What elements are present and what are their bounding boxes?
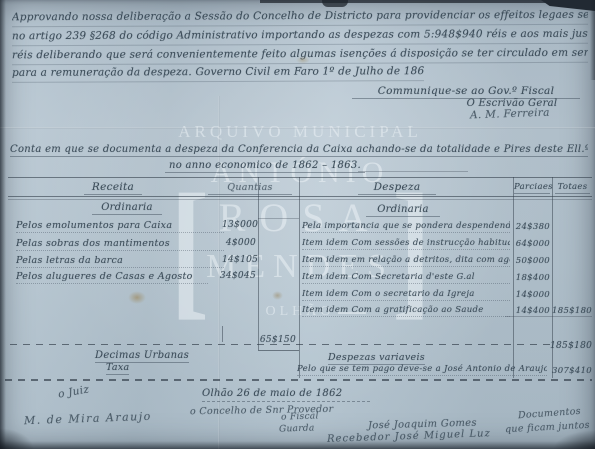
taxa-label: Taxa bbox=[106, 362, 129, 375]
table-header-rule bbox=[8, 196, 592, 197]
receita-total-value: 65$150 bbox=[258, 335, 296, 345]
approval-signature: A. M. Ferreira bbox=[470, 107, 550, 122]
approval-line: Communique-se ao Gov.º Fiscal bbox=[352, 85, 580, 99]
despeza-row-total: 185$180 bbox=[552, 306, 592, 316]
receita-row-desc: Pelos emolumentos para Caixa bbox=[16, 220, 224, 233]
edge-shadow-bottom-left-corner bbox=[0, 428, 34, 449]
receita-total-underline bbox=[258, 350, 299, 351]
receita-row-value: 4$000 bbox=[222, 238, 256, 248]
despeza-row-desc: Item idem Com Secretaria d'este G.al bbox=[302, 272, 510, 284]
despeza-row-parcial: 64$000 bbox=[514, 239, 550, 249]
paragraph-line-2: no artigo 239 §268 do código Administrat… bbox=[12, 28, 588, 47]
edge-shadow-left bbox=[0, 0, 6, 449]
table-vertical-rule-2 bbox=[299, 177, 300, 378]
despeza-row-desc: Item idem Com o secretario da Igreja bbox=[302, 289, 510, 301]
paper-stain bbox=[128, 291, 146, 304]
place-date-line: Olhão 26 de maio de 1862 bbox=[202, 388, 370, 402]
table-bottom-rule bbox=[5, 379, 592, 381]
receita-row-desc: Pelas sobras dos mantimentos bbox=[16, 238, 224, 251]
edge-smudge-top bbox=[322, 0, 348, 7]
despeza-row-parcial: 24$380 bbox=[514, 222, 550, 232]
paragraph-line-3: réis deliberando que será convenientemen… bbox=[12, 47, 588, 66]
despeza-section-label: Ordinaria bbox=[366, 204, 440, 217]
despeza-row-desc: Item idem Com sessões de instrucção habi… bbox=[302, 238, 510, 250]
manuscript-page: ARQUIVO MUNICIPAL ANTÓNIO ROSA MENDES OL… bbox=[0, 0, 595, 449]
paragraph-line-4: para a remuneração da despeza. Governo C… bbox=[12, 65, 424, 83]
despeza-total-value: 185$180 bbox=[550, 341, 592, 351]
receita-row-desc: Pelas letras da barca bbox=[16, 255, 224, 268]
receita-row-value: 34$045 bbox=[208, 271, 256, 281]
heading-trailing-rule bbox=[358, 171, 468, 172]
column-header-quantia: Quantias bbox=[208, 182, 292, 195]
despeza-row-parcial: 14$400 bbox=[514, 306, 550, 316]
fiscal-label: o Fiscal bbox=[281, 411, 319, 422]
edge-shadow-top bbox=[260, 0, 595, 3]
table-vertical-rule-1 bbox=[258, 177, 259, 350]
edge-shadow-bottom-right-corner bbox=[553, 430, 595, 449]
paragraph-line-1: Approvando nossa deliberação a Sessão do… bbox=[12, 9, 588, 28]
receita-row-value: 13$000 bbox=[222, 220, 256, 230]
account-heading-line2: no anno economico de 1862 – 1863. bbox=[165, 160, 365, 173]
receita-row-value: 14$105 bbox=[222, 255, 256, 265]
juiz-label: o Juiz bbox=[57, 383, 90, 400]
receita-total-box-rule bbox=[222, 326, 223, 342]
archive-watermark-line3: ROSA bbox=[160, 194, 440, 241]
column-header-despeza: Despeza bbox=[358, 181, 436, 195]
despeza-subtotal-rule bbox=[505, 316, 592, 317]
despezas-variaveis-value: 307$410 bbox=[550, 366, 592, 376]
quantia-column-rule bbox=[258, 218, 299, 219]
despeza-row-desc: Item idem Com a gratificação ao Saude bbox=[302, 305, 510, 317]
edge-shadow-bottom bbox=[0, 441, 595, 449]
paper-stain bbox=[272, 291, 283, 300]
archive-watermark-line1: ARQUIVO MUNICIPAL bbox=[150, 122, 450, 142]
fold-crease-horizontal bbox=[0, 127, 595, 129]
documents-note-line2: que ficam juntos bbox=[505, 420, 590, 435]
despeza-row-parcial: 18$400 bbox=[514, 273, 550, 283]
guarda-label: Guarda bbox=[279, 423, 315, 434]
account-heading-line1: Conta em que se documenta a despeza da C… bbox=[10, 144, 588, 157]
despeza-row-parcial: 50$000 bbox=[514, 256, 550, 266]
column-header-parcial: Parciaes bbox=[514, 182, 550, 194]
despeza-row-desc: Item idem em relação a detritos, dita co… bbox=[302, 255, 510, 267]
table-header-rule-2 bbox=[8, 199, 592, 200]
table-top-rule bbox=[8, 177, 592, 178]
despeza-row-desc: Pela importancia que se pondera despende… bbox=[302, 221, 510, 233]
column-header-receita: Receita bbox=[84, 181, 142, 195]
receita-section-label: Ordinaria bbox=[92, 202, 162, 215]
edge-shadow-right bbox=[590, 0, 595, 80]
despeza-row-parcial: 14$000 bbox=[514, 290, 550, 300]
documents-note-line1: Documentos bbox=[518, 406, 582, 421]
column-header-total: Totaes bbox=[555, 182, 590, 194]
despezas-variaveis-desc: Pelo que se tem pago deve-se a José Anto… bbox=[297, 364, 547, 376]
juiz-signature: M. de Mira Araujo bbox=[24, 410, 152, 427]
receita-row-desc: Pelos alugueres de Casas e Agosto bbox=[16, 271, 208, 284]
signature-name-2: Recebedor José Miguel Luz bbox=[327, 428, 491, 445]
